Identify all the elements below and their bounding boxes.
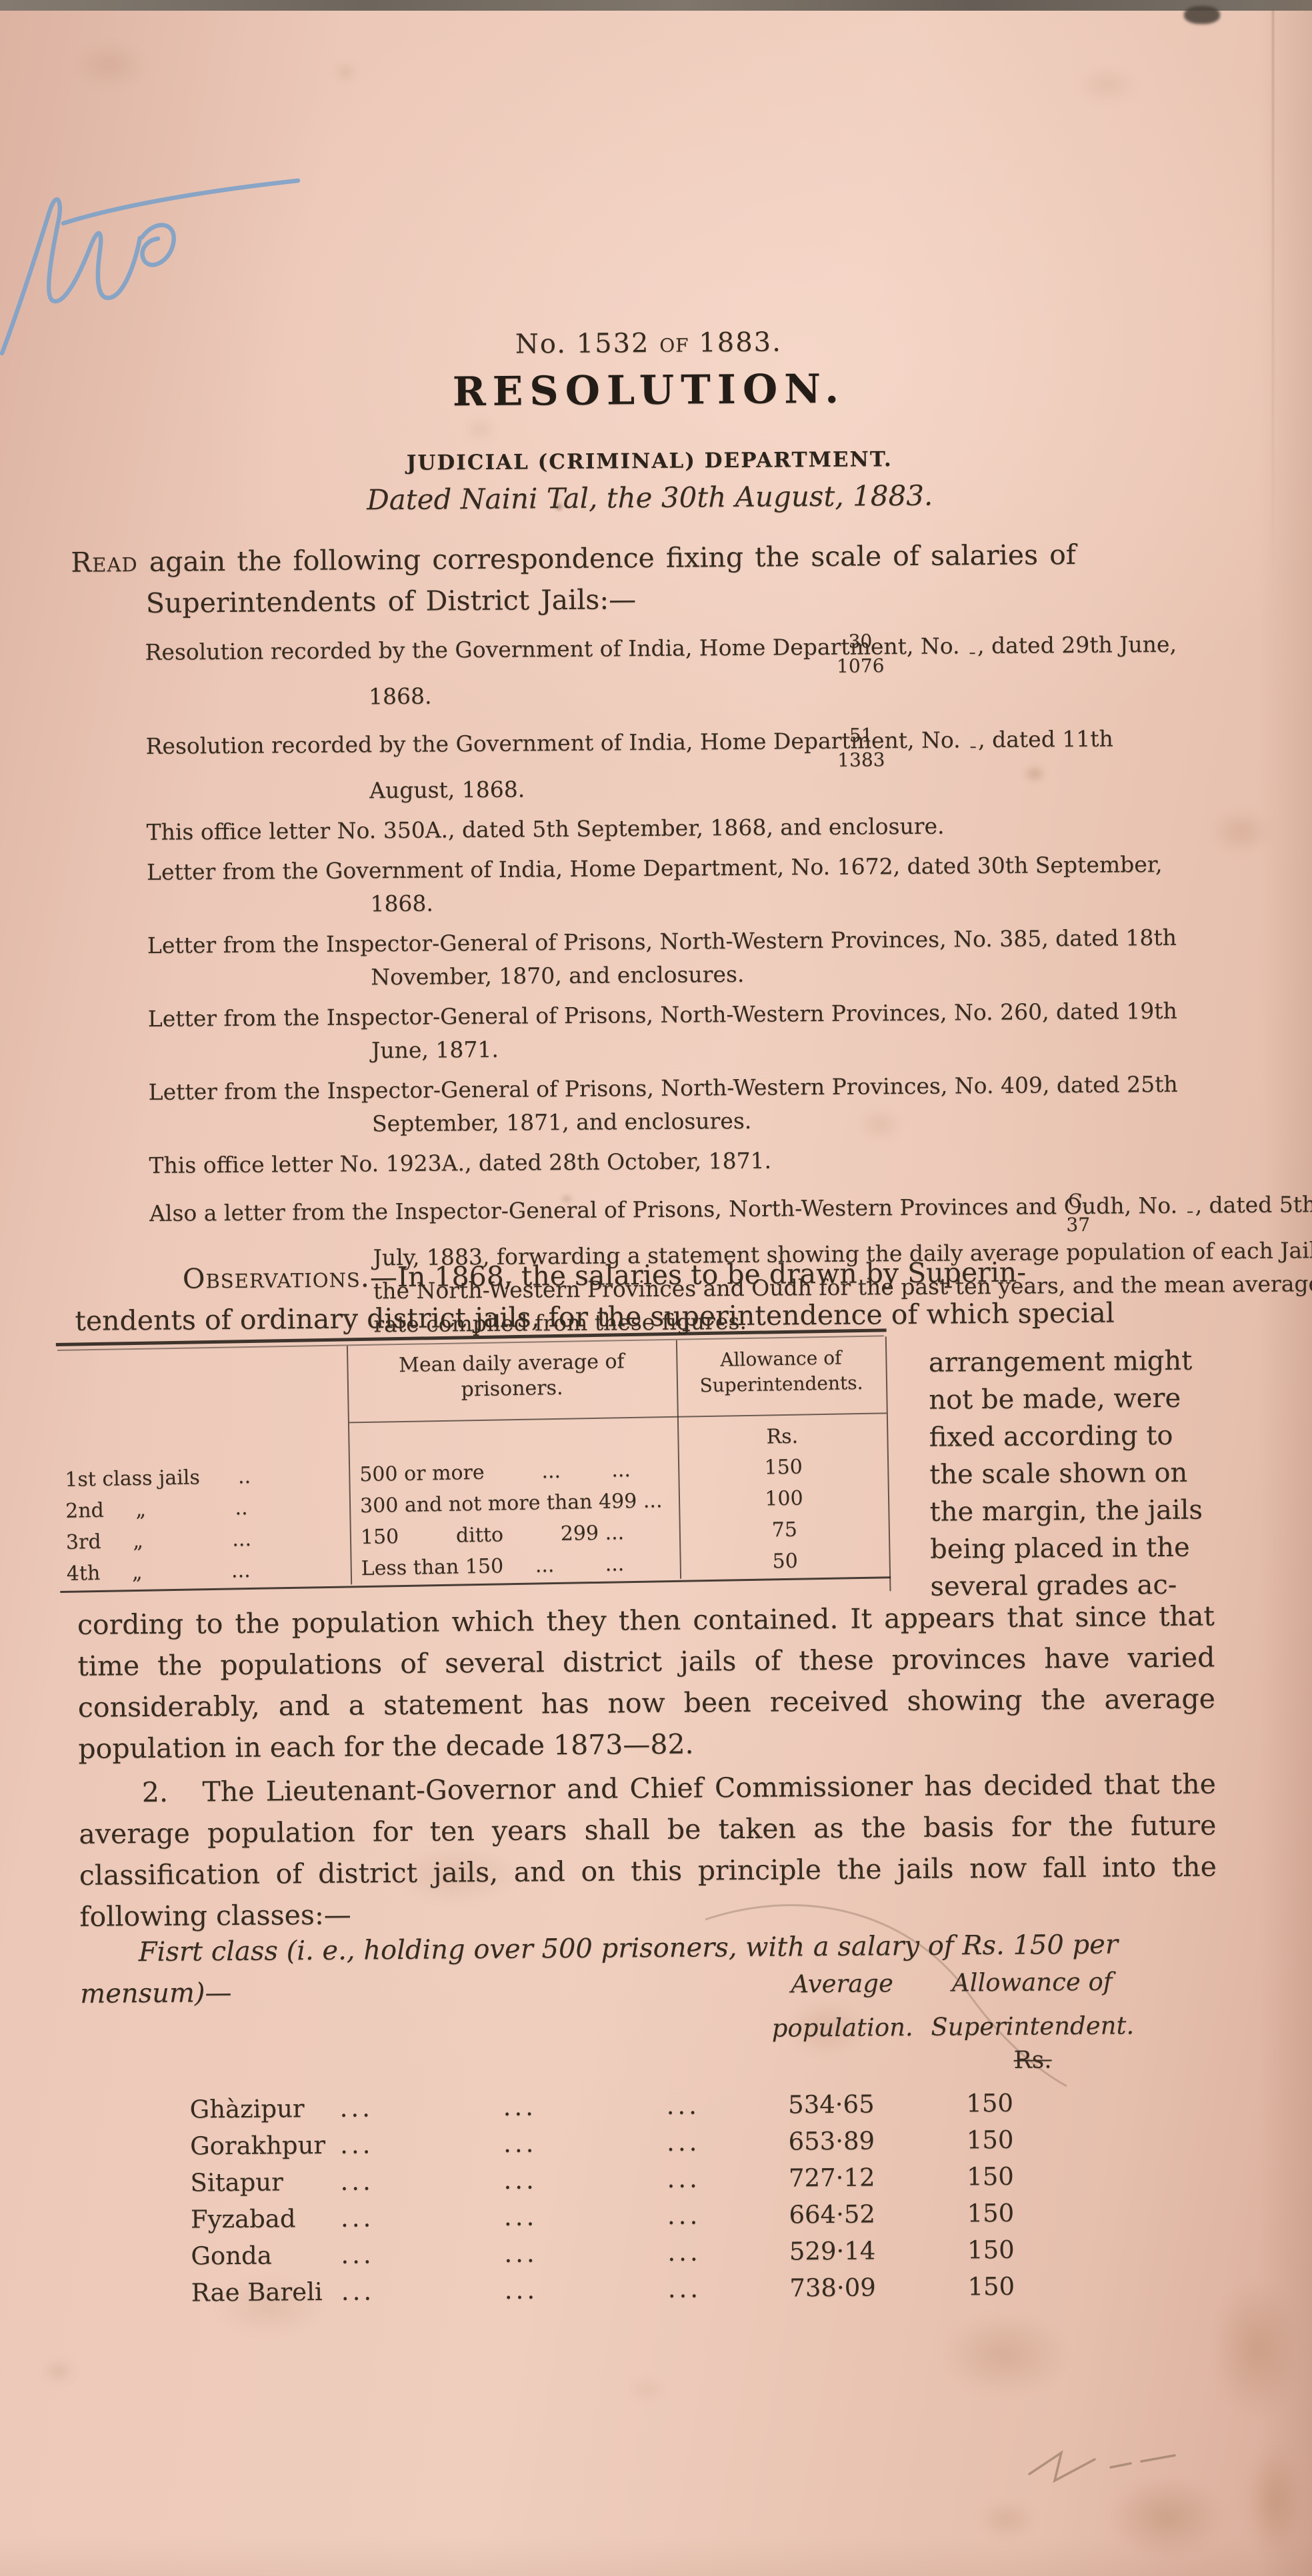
leader-dots: ...: [667, 2197, 767, 2234]
average-population: 653·89: [767, 2122, 880, 2159]
rupees-label: Rs.: [679, 1423, 886, 1450]
allowance-value: 150: [880, 2157, 1100, 2196]
column-header-allowance: Allowance of Superintendents.: [677, 1344, 885, 1398]
class-cell: 4th „ ...: [59, 1553, 351, 1590]
header-line: population.: [742, 2005, 943, 2051]
fraction-denominator: 37: [1187, 1213, 1193, 1234]
allowance-value: 150: [879, 2084, 1099, 2123]
jail-name: Fyzabad: [191, 2200, 341, 2238]
average-population: 738·09: [768, 2269, 881, 2306]
fraction-denominator: 1076: [969, 654, 975, 675]
item-text: This office letter No. 1923A., dated 28t…: [149, 1147, 771, 1178]
margin-text-line: the scale shown on: [929, 1454, 1243, 1494]
item-text: Letter from the Inspector-General of Pri…: [147, 924, 1177, 990]
leader-dots: ...: [667, 2123, 767, 2161]
correspondence-item: Letter from the Inspector-General of Pri…: [147, 920, 1201, 995]
doc-no-of: of: [659, 328, 689, 359]
allowance-cell: 100: [679, 1481, 890, 1516]
allowance-value: 150: [880, 2121, 1100, 2159]
reference-number-fraction: 511383: [970, 724, 976, 769]
table-rows: 1st class jails ..500 or more ... ...150…: [58, 1450, 891, 1590]
salary-scale-table: Mean daily average of prisoners. Allowan…: [56, 1328, 891, 1604]
margin-text: arrangement might not be made, were fixe…: [929, 1342, 1244, 1606]
leader-dots: ...: [341, 2272, 505, 2310]
read-paragraph: Read again the following correspondence …: [71, 533, 1219, 625]
item-text: Letter from the Government of India, Hom…: [147, 851, 1163, 916]
reference-number-fraction: C.37: [1187, 1190, 1193, 1235]
jail-list: Ghàzipur.........534·65150 Gorakhpur....…: [189, 2084, 1101, 2311]
jail-column-header-allowance: Allowance of Superintendent.: [922, 1959, 1143, 2049]
correspondence-item: Letter from the Inspector-General of Pri…: [148, 994, 1202, 1068]
header-line: Average: [742, 1961, 943, 2007]
jail-name: Gorakhpur: [190, 2127, 340, 2165]
read-rest: again the following correspondence fixin…: [137, 539, 1076, 619]
allowance-cell: 75: [679, 1512, 890, 1548]
correspondence-item: Letter from the Inspector-General of Pri…: [148, 1067, 1202, 1142]
header-line: Allowance of: [677, 1344, 885, 1373]
leader-dots: ...: [341, 2235, 504, 2273]
range-cell: Less than 150 ... ...: [350, 1548, 680, 1585]
allowance-value: 150: [881, 2231, 1101, 2269]
column-header-prisoners: Mean daily average of prisoners.: [348, 1348, 675, 1405]
doc-no-year: 1883.: [689, 327, 782, 358]
jail-name: Gonda: [191, 2237, 341, 2275]
average-population: 534·65: [766, 2085, 879, 2123]
table-header-rule: [349, 1412, 887, 1423]
header-line: Allowance of: [922, 1959, 1143, 2005]
leader-dots: ...: [505, 2271, 668, 2309]
item-text: Letter from the Inspector-General of Pri…: [149, 1071, 1178, 1136]
jail-column-header-average: Average population.: [742, 1961, 943, 2051]
average-population: 664·52: [767, 2195, 881, 2233]
class-cell: 2nd „ ..: [59, 1490, 350, 1527]
jail-name: Ghàzipur: [189, 2090, 339, 2128]
fraction-denominator: 1383: [970, 748, 975, 769]
observations-text: —In 1868, the salaries to be drawn by Su…: [370, 1256, 1027, 1294]
header-line: prisoners.: [349, 1374, 676, 1405]
jail-name: Rae Bareli: [191, 2273, 341, 2311]
correspondence-item: This office letter No. 1923A., dated 28t…: [149, 1140, 1202, 1182]
margin-text-line: arrangement might: [929, 1342, 1242, 1382]
leader-dots: ...: [666, 2087, 766, 2124]
dateline: Dated Naini Tal, the 30th August, 1883.: [0, 476, 1306, 519]
leader-dots: ...: [504, 2197, 667, 2235]
item-text: Also a letter from the Inspector-General…: [149, 1192, 1185, 1226]
allowance-value: 150: [881, 2267, 1101, 2306]
leader-dots: ...: [340, 2125, 503, 2163]
jail-name: Sitapur: [190, 2163, 340, 2201]
margin-text-line: fixed according to: [929, 1416, 1243, 1456]
margin-text-line: not be made, were: [929, 1379, 1242, 1419]
page-title: RESOLUTION.: [0, 362, 1305, 419]
correspondence-list: Resolution recorded by the Government of…: [145, 613, 1204, 1350]
item-text: This office letter No. 350A., dated 5th …: [146, 812, 944, 844]
read-lead: Read: [71, 546, 138, 579]
fraction-numerator: 30: [969, 631, 975, 654]
body-paragraph: cording to the population which they the…: [77, 1595, 1216, 1769]
margin-text-line: being placed in the: [930, 1528, 1243, 1568]
doc-no-prefix: No. 1532: [515, 328, 660, 360]
header-line: Superintendents.: [678, 1370, 885, 1398]
correspondence-item: Resolution recorded by the Government of…: [145, 721, 1199, 808]
leader-dots: ...: [503, 2161, 667, 2199]
leader-dots: ...: [503, 2124, 667, 2162]
allowance-cell: 150: [678, 1450, 889, 1485]
correspondence-item: This office letter No. 350A., dated 5th …: [146, 807, 1199, 848]
margin-text-line: the margin, the jails: [929, 1491, 1243, 1531]
reference-number-fraction: 301076: [969, 631, 975, 676]
rupees-label: Rs.: [923, 2045, 1143, 2075]
department-heading: JUDICIAL (CRIMINAL) DEPARTMENT.: [0, 444, 1305, 478]
average-population: 529·14: [767, 2232, 881, 2269]
correspondence-item: Letter from the Government of India, Hom…: [147, 847, 1201, 922]
body-paragraph-2: 2. The Lieutenant-Governor and Chief Com…: [79, 1763, 1217, 1937]
correspondence-item: Resolution recorded by the Government of…: [145, 628, 1199, 715]
allowance-cell: 50: [679, 1544, 891, 1579]
observations-paragraph: Observations.—In 1868, the salaries to b…: [75, 1250, 1209, 1341]
item-text: Letter from the Inspector-General of Pri…: [148, 998, 1177, 1063]
observations-lead: Observations.: [183, 1261, 370, 1294]
range-cell: 150 ditto 299 ...: [350, 1516, 680, 1554]
scanned-document-page: Note No. 1532 of 1883. RESOLUTION. JUDIC…: [0, 0, 1312, 2576]
header-line: Superintendent.: [922, 2003, 1143, 2049]
allowance-value: 150: [881, 2194, 1101, 2233]
class-cell: 3rd „ ...: [59, 1522, 351, 1558]
average-population: 727·12: [767, 2159, 880, 2196]
leader-dots: ...: [667, 2160, 767, 2197]
range-cell: 500 or more ... ...: [349, 1454, 679, 1491]
leader-dots: ...: [339, 2089, 503, 2127]
class-cell: 1st class jails ..: [58, 1459, 349, 1496]
leader-dots: ...: [668, 2270, 768, 2307]
range-cell: 300 and not more than 499 ...: [349, 1485, 679, 1522]
printed-content: No. 1532 of 1883. RESOLUTION. JUDICIAL (…: [0, 0, 1312, 2576]
document-number: No. 1532 of 1883.: [0, 323, 1305, 363]
leader-dots: ...: [503, 2087, 666, 2125]
fraction-numerator: C.: [1187, 1190, 1192, 1213]
leader-dots: ...: [504, 2234, 667, 2272]
fraction-numerator: 51: [970, 724, 975, 747]
leader-dots: ...: [667, 2233, 767, 2271]
leader-dots: ...: [341, 2199, 504, 2237]
leader-dots: ...: [340, 2162, 503, 2200]
jail-row: Rae Bareli.........738·09150: [191, 2267, 1101, 2311]
